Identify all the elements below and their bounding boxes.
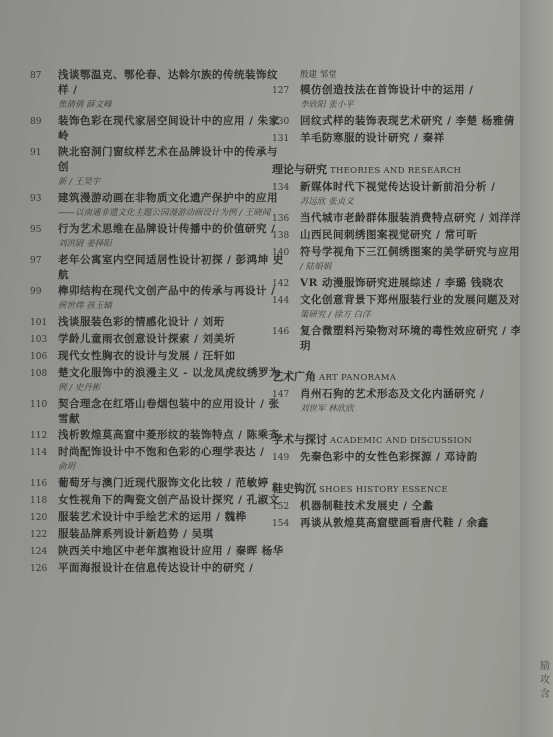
toc-entry-body: 装饰色彩在现代家居空间设计中的应用 / 朱家岭	[58, 114, 285, 144]
page-number: 127	[272, 83, 300, 113]
toc-entry-body: 复合微塑料污染物对环境的毒性效应研究 / 李玥	[300, 324, 522, 354]
article-title: 服装品牌系列设计新趋势 / 吴琪	[58, 527, 285, 542]
section-title-en: ACADEMIC AND DISCUSSION	[330, 436, 472, 446]
toc-entry[interactable]: 144文化创意背景下郑州服装行业的发展问题及对策研究 / 徐方 白洋	[272, 293, 522, 323]
toc-entry[interactable]: 130回纹式样的装饰表现艺术研究 / 李楚 杨雅倩	[272, 114, 522, 130]
toc-entry-body: 女性视角下的陶瓷文创产品设计探究 / 孔淑文	[58, 493, 285, 509]
page-number: 122	[30, 527, 58, 543]
article-title: 再谈从敦煌莫高窟壁画看唐代鞋 / 余鑫	[300, 516, 522, 531]
page-number: 95	[30, 222, 58, 252]
toc-entry-body: 建筑漫游动画在非物质文化遗产保护中的应用——以南通非遗文化主题公园漫游动画设计为…	[58, 191, 285, 221]
page-number: 142	[272, 276, 300, 292]
article-title: 装饰色彩在现代家居空间设计中的应用 / 朱家岭	[58, 114, 285, 144]
toc-entry[interactable]: 97老年公寓室内空间适居性设计初探 / 彭鸿坤 史航	[30, 253, 285, 283]
toc-entry-body: 山西民间刺绣图案视觉研究 / 常可昕	[300, 228, 522, 244]
toc-entry-body: 老年公寓室内空间适居性设计初探 / 彭鸿坤 史航	[58, 253, 285, 283]
toc-entry-body: 模仿创造技法在首饰设计中的运用 /李欣阳 张小平	[300, 83, 522, 113]
page-number: 89	[30, 114, 58, 144]
article-title: 机器制鞋技术发展史 / 仝蠡	[300, 499, 522, 514]
toc-entry[interactable]: 93建筑漫游动画在非物质文化遗产保护中的应用——以南通非遗文化主题公园漫游动画设…	[30, 191, 285, 221]
page-number: 140	[272, 245, 300, 275]
section-title-cn: 学术与探讨	[272, 433, 327, 446]
toc-entry-body: VR 动漫服饰研究进展综述 / 李璐 钱晓农	[300, 276, 522, 292]
toc-entry[interactable]: 140符号学视角下三江侗绣图案的美学研究与应用/ 陆娟娟	[272, 245, 522, 275]
article-author: 俞玥	[58, 460, 285, 475]
article-title: 肖州石狗的艺术形态及文化内涵研究 /	[300, 387, 522, 402]
toc-entry-body: 机器制鞋技术发展史 / 仝蠡	[300, 499, 522, 515]
toc-entry-body: 先秦色彩中的女性色彩探源 / 邓诗韵	[300, 450, 522, 466]
article-author: 刘世军 林欣欣	[300, 402, 522, 417]
page-number: 103	[30, 332, 58, 348]
toc-entry[interactable]: 120服装艺术设计中手绘艺术的运用 / 魏桦	[30, 510, 285, 526]
article-title: 服装艺术设计中手绘艺术的运用 / 魏桦	[58, 510, 285, 525]
toc-entry-body: 契合理念在红塔山卷烟包装中的应用设计 / 张雪献	[58, 397, 285, 427]
toc-entry[interactable]: 110契合理念在红塔山卷烟包装中的应用设计 / 张雪献	[30, 397, 285, 427]
article-title: 女性视角下的陶瓷文创产品设计探究 / 孔淑文	[58, 493, 285, 508]
page-number: 126	[30, 561, 58, 577]
article-title: 新媒体时代下视觉传达设计新前沿分析 /	[300, 180, 522, 195]
article-title: 楚文化服饰中的浪漫主义 - 以龙凤虎纹绣罗为	[58, 366, 285, 381]
toc-entry-body: 服装品牌系列设计新趋势 / 吴琪	[58, 527, 285, 543]
article-author: 苏远欣 张贞义	[300, 195, 522, 210]
toc-entry[interactable]: 108楚文化服饰中的浪漫主义 - 以龙凤虎纹绣罗为例 / 史丹彬	[30, 366, 285, 396]
article-title: 行为艺术思维在品牌设计传播中的价值研究 /	[58, 222, 285, 237]
toc-entry-body: 浅谈鄂温克、鄂伦春、达斡尔族的传统装饰纹样 /焦倩倩 薛文峰	[58, 68, 285, 113]
article-author: 李欣阳 张小平	[300, 98, 522, 113]
section-title-en: THEORIES AND RESEARCH	[330, 166, 461, 176]
toc-entry-body: 文化创意背景下郑州服装行业的发展问题及对策研究 / 徐方 白洋	[300, 293, 522, 323]
article-title: 复合微塑料污染物对环境的毒性效应研究 / 李玥	[300, 324, 522, 354]
page-number: 144	[272, 293, 300, 323]
article-title: 陕西关中地区中老年旗袍设计应用 / 秦晖 杨华	[58, 544, 285, 559]
article-title: 榫卯结构在现代文创产品中的传承与再设计 /	[58, 284, 285, 299]
article-author: 焦倩倩 薛文峰	[58, 98, 285, 113]
continued-authors: 殷建 邹堂	[272, 68, 522, 83]
page-number: 154	[272, 516, 300, 532]
toc-entry[interactable]: 127模仿创造技法在首饰设计中的运用 /李欣阳 张小平	[272, 83, 522, 113]
toc-entry[interactable]: 124陕西关中地区中老年旗袍设计应用 / 秦晖 杨华	[30, 544, 285, 560]
toc-entry-body: 服装艺术设计中手绘艺术的运用 / 魏桦	[58, 510, 285, 526]
toc-right-column: 殷建 邹堂127模仿创造技法在首饰设计中的运用 /李欣阳 张小平130回纹式样的…	[272, 68, 522, 533]
toc-entry[interactable]: 95行为艺术思维在品牌设计传播中的价值研究 /刘洪尉 姜择阳	[30, 222, 285, 252]
page-number: 101	[30, 315, 58, 331]
page-number: 124	[30, 544, 58, 560]
article-title: 羊毛防寒服的设计研究 / 秦祥	[300, 131, 522, 146]
page-number: 87	[30, 68, 58, 113]
toc-entry[interactable]: 112浅析敦煌莫高窟中菱形纹的装饰特点 / 陈乘齐	[30, 428, 285, 444]
page-number: 112	[30, 428, 58, 444]
toc-entry-body: 陕西关中地区中老年旗袍设计应用 / 秦晖 杨华	[58, 544, 285, 560]
toc-entry[interactable]: 91陕北窑洞门窗纹样艺术在品牌设计中的传承与创新 / 王昊宇	[30, 145, 285, 190]
page-number: 134	[272, 180, 300, 210]
article-title: 时尚配饰设计中不饱和色彩的心理学表达 /	[58, 445, 285, 460]
toc-entry[interactable]: 101浅谈服装色彩的情感化设计 / 刘珩	[30, 315, 285, 331]
page-number: 130	[272, 114, 300, 130]
toc-entry-body: 再谈从敦煌莫高窟壁画看唐代鞋 / 余鑫	[300, 516, 522, 532]
toc-entry-body: 行为艺术思维在品牌设计传播中的价值研究 /刘洪尉 姜择阳	[58, 222, 285, 252]
article-title: 陕北窑洞门窗纹样艺术在品牌设计中的传承与创	[58, 145, 285, 175]
page-number: 99	[30, 284, 58, 314]
toc-entry[interactable]: 146复合微塑料污染物对环境的毒性效应研究 / 李玥	[272, 324, 522, 354]
article-title: 学龄儿童雨衣创意设计探索 / 刘美圻	[58, 332, 285, 347]
toc-entry[interactable]: 87浅谈鄂温克、鄂伦春、达斡尔族的传统装饰纹样 /焦倩倩 薛文峰	[30, 68, 285, 113]
toc-entry[interactable]: 147肖州石狗的艺术形态及文化内涵研究 /刘世军 林欣欣	[272, 387, 522, 417]
article-title: 文化创意背景下郑州服装行业的发展问题及对	[300, 293, 522, 308]
toc-entry-body: 当代城市老龄群体服装消费特点研究 / 刘洋洋	[300, 211, 522, 227]
toc-entry[interactable]: 118女性视角下的陶瓷文创产品设计探究 / 孔淑文	[30, 493, 285, 509]
page-number: 93	[30, 191, 58, 221]
article-author: / 陆娟娟	[300, 260, 522, 275]
section-heading: 学术与探讨ACADEMIC AND DISCUSSION	[272, 431, 522, 447]
section-title-en: ART PANORAMA	[319, 373, 396, 383]
toc-entry[interactable]: 149先秦色彩中的女性色彩探源 / 邓诗韵	[272, 450, 522, 466]
toc-entry[interactable]: 152机器制鞋技术发展史 / 仝蠡	[272, 499, 522, 515]
toc-entry[interactable]: 116葡萄牙与澳门近现代服饰文化比较 / 范敏婷	[30, 476, 285, 492]
article-author: 新 / 王昊宇	[58, 175, 285, 190]
section-title-cn: 艺术广角	[272, 370, 316, 383]
toc-entry-body: 浅谈服装色彩的情感化设计 / 刘珩	[58, 315, 285, 331]
article-title: 当代城市老龄群体服装消费特点研究 / 刘洋洋	[300, 211, 522, 226]
page-number: 146	[272, 324, 300, 354]
page-number: 120	[30, 510, 58, 526]
section-title-cn: 理论与研究	[272, 163, 327, 176]
toc-entry-body: 肖州石狗的艺术形态及文化内涵研究 /刘世军 林欣欣	[300, 387, 522, 417]
toc-entry-body: 陕北窑洞门窗纹样艺术在品牌设计中的传承与创新 / 王昊宇	[58, 145, 285, 190]
toc-entry[interactable]: 131羊毛防寒服的设计研究 / 秦祥	[272, 131, 522, 147]
toc-entry-body: 时尚配饰设计中不饱和色彩的心理学表达 /俞玥	[58, 445, 285, 475]
page-number: 114	[30, 445, 58, 475]
article-title: 平面海报设计在信息传达设计中的研究 /	[58, 561, 285, 576]
toc-entry[interactable]: 126平面海报设计在信息传达设计中的研究 /	[30, 561, 285, 577]
toc-entry[interactable]: 154再谈从敦煌莫高窟壁画看唐代鞋 / 余鑫	[272, 516, 522, 532]
article-title: 老年公寓室内空间适居性设计初探 / 彭鸿坤 史航	[58, 253, 285, 283]
article-author: 侯世炜 孩玉辕	[58, 299, 285, 314]
article-title: 回纹式样的装饰表现艺术研究 / 李楚 杨雅倩	[300, 114, 522, 129]
article-title: 先秦色彩中的女性色彩探源 / 邓诗韵	[300, 450, 522, 465]
toc-entry[interactable]: 136当代城市老龄群体服装消费特点研究 / 刘洋洋	[272, 211, 522, 227]
toc-entry-body: 榫卯结构在现代文创产品中的传承与再设计 /侯世炜 孩玉辕	[58, 284, 285, 314]
article-title: 符号学视角下三江侗绣图案的美学研究与应用	[300, 245, 522, 260]
article-title: 浅谈鄂温克、鄂伦春、达斡尔族的传统装饰纹样 /	[58, 68, 285, 98]
page-number: 149	[272, 450, 300, 466]
toc-left-column: 87浅谈鄂温克、鄂伦春、达斡尔族的传统装饰纹样 /焦倩倩 薛文峰89装饰色彩在现…	[30, 68, 285, 578]
page-number: 152	[272, 499, 300, 515]
article-author: 刘洪尉 姜择阳	[58, 237, 285, 252]
toc-entry-body: 葡萄牙与澳门近现代服饰文化比较 / 范敏婷	[58, 476, 285, 492]
magazine-toc-page: 87浅谈鄂温克、鄂伦春、达斡尔族的传统装饰纹样 /焦倩倩 薛文峰89装饰色彩在现…	[0, 0, 553, 737]
article-title: 浅析敦煌莫高窟中菱形纹的装饰特点 / 陈乘齐	[58, 428, 285, 443]
edge-char: 攻	[540, 674, 553, 688]
toc-entry[interactable]: 114时尚配饰设计中不饱和色彩的心理学表达 /俞玥	[30, 445, 285, 475]
page-number: 106	[30, 349, 58, 365]
section-title-cn: 鞋史钩沉	[272, 482, 316, 495]
article-author: 策研究 / 徐方 白洋	[300, 308, 522, 323]
section-title-en: SHOES HISTORY ESSENCE	[319, 485, 448, 495]
article-title: 葡萄牙与澳门近现代服饰文化比较 / 范敏婷	[58, 476, 285, 491]
toc-entry[interactable]: 134新媒体时代下视觉传达设计新前沿分析 /苏远欣 张贞义	[272, 180, 522, 210]
toc-entry-body: 学龄儿童雨衣创意设计探索 / 刘美圻	[58, 332, 285, 348]
edge-char: 励	[540, 660, 553, 674]
page-number: 97	[30, 253, 58, 283]
page-number: 108	[30, 366, 58, 396]
toc-entry[interactable]: 106现代女性胸衣的设计与发展 / 汪轩如	[30, 349, 285, 365]
toc-entry-body: 新媒体时代下视觉传达设计新前沿分析 /苏远欣 张贞义	[300, 180, 522, 210]
article-title: 山西民间刺绣图案视觉研究 / 常可昕	[300, 228, 522, 243]
section-heading: 艺术广角ART PANORAMA	[272, 368, 522, 384]
toc-entry-body: 回纹式样的装饰表现艺术研究 / 李楚 杨雅倩	[300, 114, 522, 130]
toc-entry[interactable]: 142VR 动漫服饰研究进展综述 / 李璐 钱晓农	[272, 276, 522, 292]
toc-entry[interactable]: 99榫卯结构在现代文创产品中的传承与再设计 /侯世炜 孩玉辕	[30, 284, 285, 314]
section-heading: 理论与研究THEORIES AND RESEARCH	[272, 161, 522, 177]
toc-entry[interactable]: 138山西民间刺绣图案视觉研究 / 常可昕	[272, 228, 522, 244]
adjacent-page-edge	[520, 0, 553, 737]
article-title: VR 动漫服饰研究进展综述 / 李璐 钱晓农	[300, 276, 522, 291]
edge-char: 含	[540, 688, 553, 702]
article-author: ——以南通非遗文化主题公园漫游动画设计为例 / 王晓闻	[58, 206, 285, 221]
page-number: 147	[272, 387, 300, 417]
toc-entry-body: 楚文化服饰中的浪漫主义 - 以龙凤虎纹绣罗为例 / 史丹彬	[58, 366, 285, 396]
toc-entry[interactable]: 103学龄儿童雨衣创意设计探索 / 刘美圻	[30, 332, 285, 348]
article-title: 模仿创造技法在首饰设计中的运用 /	[300, 83, 522, 98]
page-number: 91	[30, 145, 58, 190]
article-author: 例 / 史丹彬	[58, 381, 285, 396]
toc-entry-body: 符号学视角下三江侗绣图案的美学研究与应用/ 陆娟娟	[300, 245, 522, 275]
page-number: 118	[30, 493, 58, 509]
toc-entry-body: 现代女性胸衣的设计与发展 / 汪轩如	[58, 349, 285, 365]
section-heading: 鞋史钩沉SHOES HISTORY ESSENCE	[272, 480, 522, 496]
toc-entry[interactable]: 122服装品牌系列设计新趋势 / 吴琪	[30, 527, 285, 543]
article-title: 契合理念在红塔山卷烟包装中的应用设计 / 张雪献	[58, 397, 285, 427]
toc-entry-body: 平面海报设计在信息传达设计中的研究 /	[58, 561, 285, 577]
page-number: 131	[272, 131, 300, 147]
article-title: 现代女性胸衣的设计与发展 / 汪轩如	[58, 349, 285, 364]
article-title: 浅谈服装色彩的情感化设计 / 刘珩	[58, 315, 285, 330]
page-number: 136	[272, 211, 300, 227]
page-number: 116	[30, 476, 58, 492]
article-title: 建筑漫游动画在非物质文化遗产保护中的应用	[58, 191, 285, 206]
toc-entry-body: 羊毛防寒服的设计研究 / 秦祥	[300, 131, 522, 147]
toc-entry-body: 浅析敦煌莫高窟中菱形纹的装饰特点 / 陈乘齐	[58, 428, 285, 444]
page-number: 138	[272, 228, 300, 244]
toc-entry[interactable]: 89装饰色彩在现代家居空间设计中的应用 / 朱家岭	[30, 114, 285, 144]
adjacent-page-text: 励攻含	[540, 660, 553, 702]
page-number: 110	[30, 397, 58, 427]
